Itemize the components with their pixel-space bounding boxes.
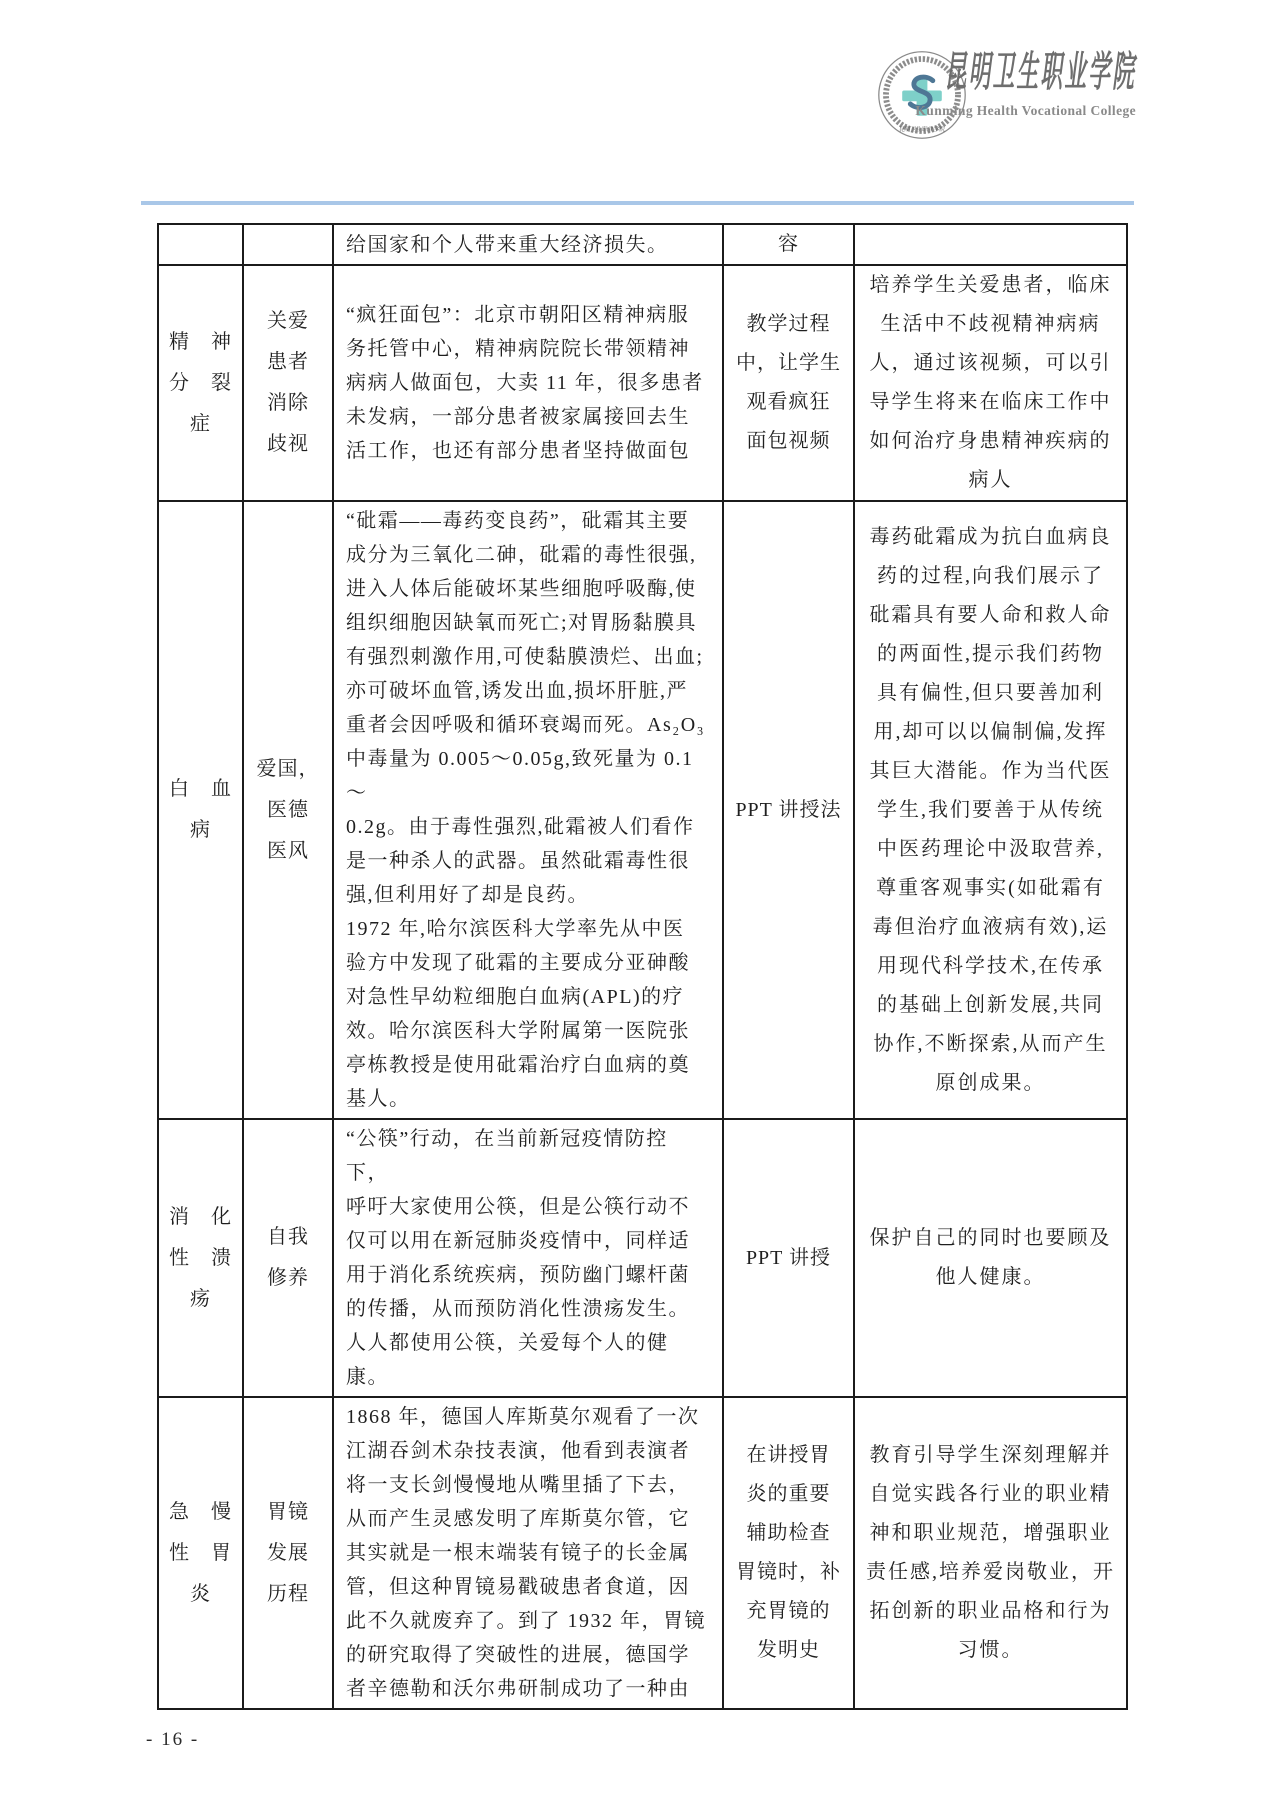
cell-topic xyxy=(158,224,243,265)
cell-method: 在讲授胃 炎的重要 辅助检查 胃镜时，补 充胃镜的 发明史 xyxy=(723,1397,854,1709)
table-row-schizophrenia: 精 神 分 裂 症 关爱 患者 消除 歧视 “疯狂面包”：北京市朝阳区精神病服 … xyxy=(158,265,1127,501)
content-table: 给国家和个人带来重大经济损失。 容 精 神 分 裂 症 关爱 患者 消除 歧视 … xyxy=(157,223,1128,1710)
cell-content: 1868 年，德国人库斯莫尔观看了一次 江湖吞剑术杂技表演，他看到表演者 将一支… xyxy=(333,1397,723,1709)
page-header: 昆明卫生职业学院 Kunming Health Vocational Colle… xyxy=(768,48,1136,119)
cell-values: 爱国， 医德 医风 xyxy=(243,501,333,1119)
cell-purpose: 毒药砒霜成为抗白血病良 药的过程,向我们展示了 砒霜具有要人命和救人命 的两面性… xyxy=(854,501,1127,1119)
cell-topic: 白 血 病 xyxy=(158,501,243,1119)
cell-method: PPT 讲授 xyxy=(723,1119,854,1397)
cell-content: “砒霜——毒药变良药”，砒霜其主要 成分为三氧化二砷，砒霜的毒性很强, 进入人体… xyxy=(333,501,723,1119)
cell-method: PPT 讲授法 xyxy=(723,501,854,1119)
table-row-leukemia: 白 血 病 爱国， 医德 医风 “砒霜——毒药变良药”，砒霜其主要 成分为三氧化… xyxy=(158,501,1127,1119)
table-row-gastritis: 急 慢 性 胃 炎 胃镜 发展 历程 1868 年，德国人库斯莫尔观看了一次 江… xyxy=(158,1397,1127,1709)
college-name-zh: 昆明卫生职业学院 xyxy=(945,48,1136,98)
document-page: 昆明卫生职业学院 昆明卫生职业学院 Kunming Health Vocatio… xyxy=(0,0,1274,1801)
cell-values: 胃镜 发展 历程 xyxy=(243,1397,333,1709)
cell-values xyxy=(243,224,333,265)
table-row-continuation: 给国家和个人带来重大经济损失。 容 xyxy=(158,224,1127,265)
cell-purpose: 教育引导学生深刻理解并 自觉实践各行业的职业精 神和职业规范，增强职业 责任感,… xyxy=(854,1397,1127,1709)
table-row-peptic-ulcer: 消 化 性 溃 疡 自我 修养 “公筷”行动，在当前新冠疫情防控下， 呼吁大家使… xyxy=(158,1119,1127,1397)
header-divider xyxy=(141,201,1134,205)
cell-values: 关爱 患者 消除 歧视 xyxy=(243,265,333,501)
page-number: - 16 - xyxy=(146,1729,199,1751)
cell-purpose: 培养学生关爱患者，临床 生活中不歧视精神病病 人，通过该视频，可以引 导学生将来… xyxy=(854,265,1127,501)
cell-topic: 精 神 分 裂 症 xyxy=(158,265,243,501)
cell-method: 容 xyxy=(723,224,854,265)
seal-text: 昆明卫生职业学院 xyxy=(899,125,945,133)
cell-content: “疯狂面包”：北京市朝阳区精神病服 务托管中心，精神病院院长带领精神 病病人做面… xyxy=(333,265,723,501)
cell-topic: 消 化 性 溃 疡 xyxy=(158,1119,243,1397)
college-name-en: Kunming Health Vocational College xyxy=(768,102,1136,119)
cell-method: 教学过程 中，让学生 观看疯狂 面包视频 xyxy=(723,265,854,501)
cell-topic: 急 慢 性 胃 炎 xyxy=(158,1397,243,1709)
cell-purpose: 保护自己的同时也要顾及 他人健康。 xyxy=(854,1119,1127,1397)
cell-purpose xyxy=(854,224,1127,265)
cell-content: 给国家和个人带来重大经济损失。 xyxy=(333,224,723,265)
cell-content: “公筷”行动，在当前新冠疫情防控下， 呼吁大家使用公筷，但是公筷行动不 仅可以用… xyxy=(333,1119,723,1397)
cell-values: 自我 修养 xyxy=(243,1119,333,1397)
